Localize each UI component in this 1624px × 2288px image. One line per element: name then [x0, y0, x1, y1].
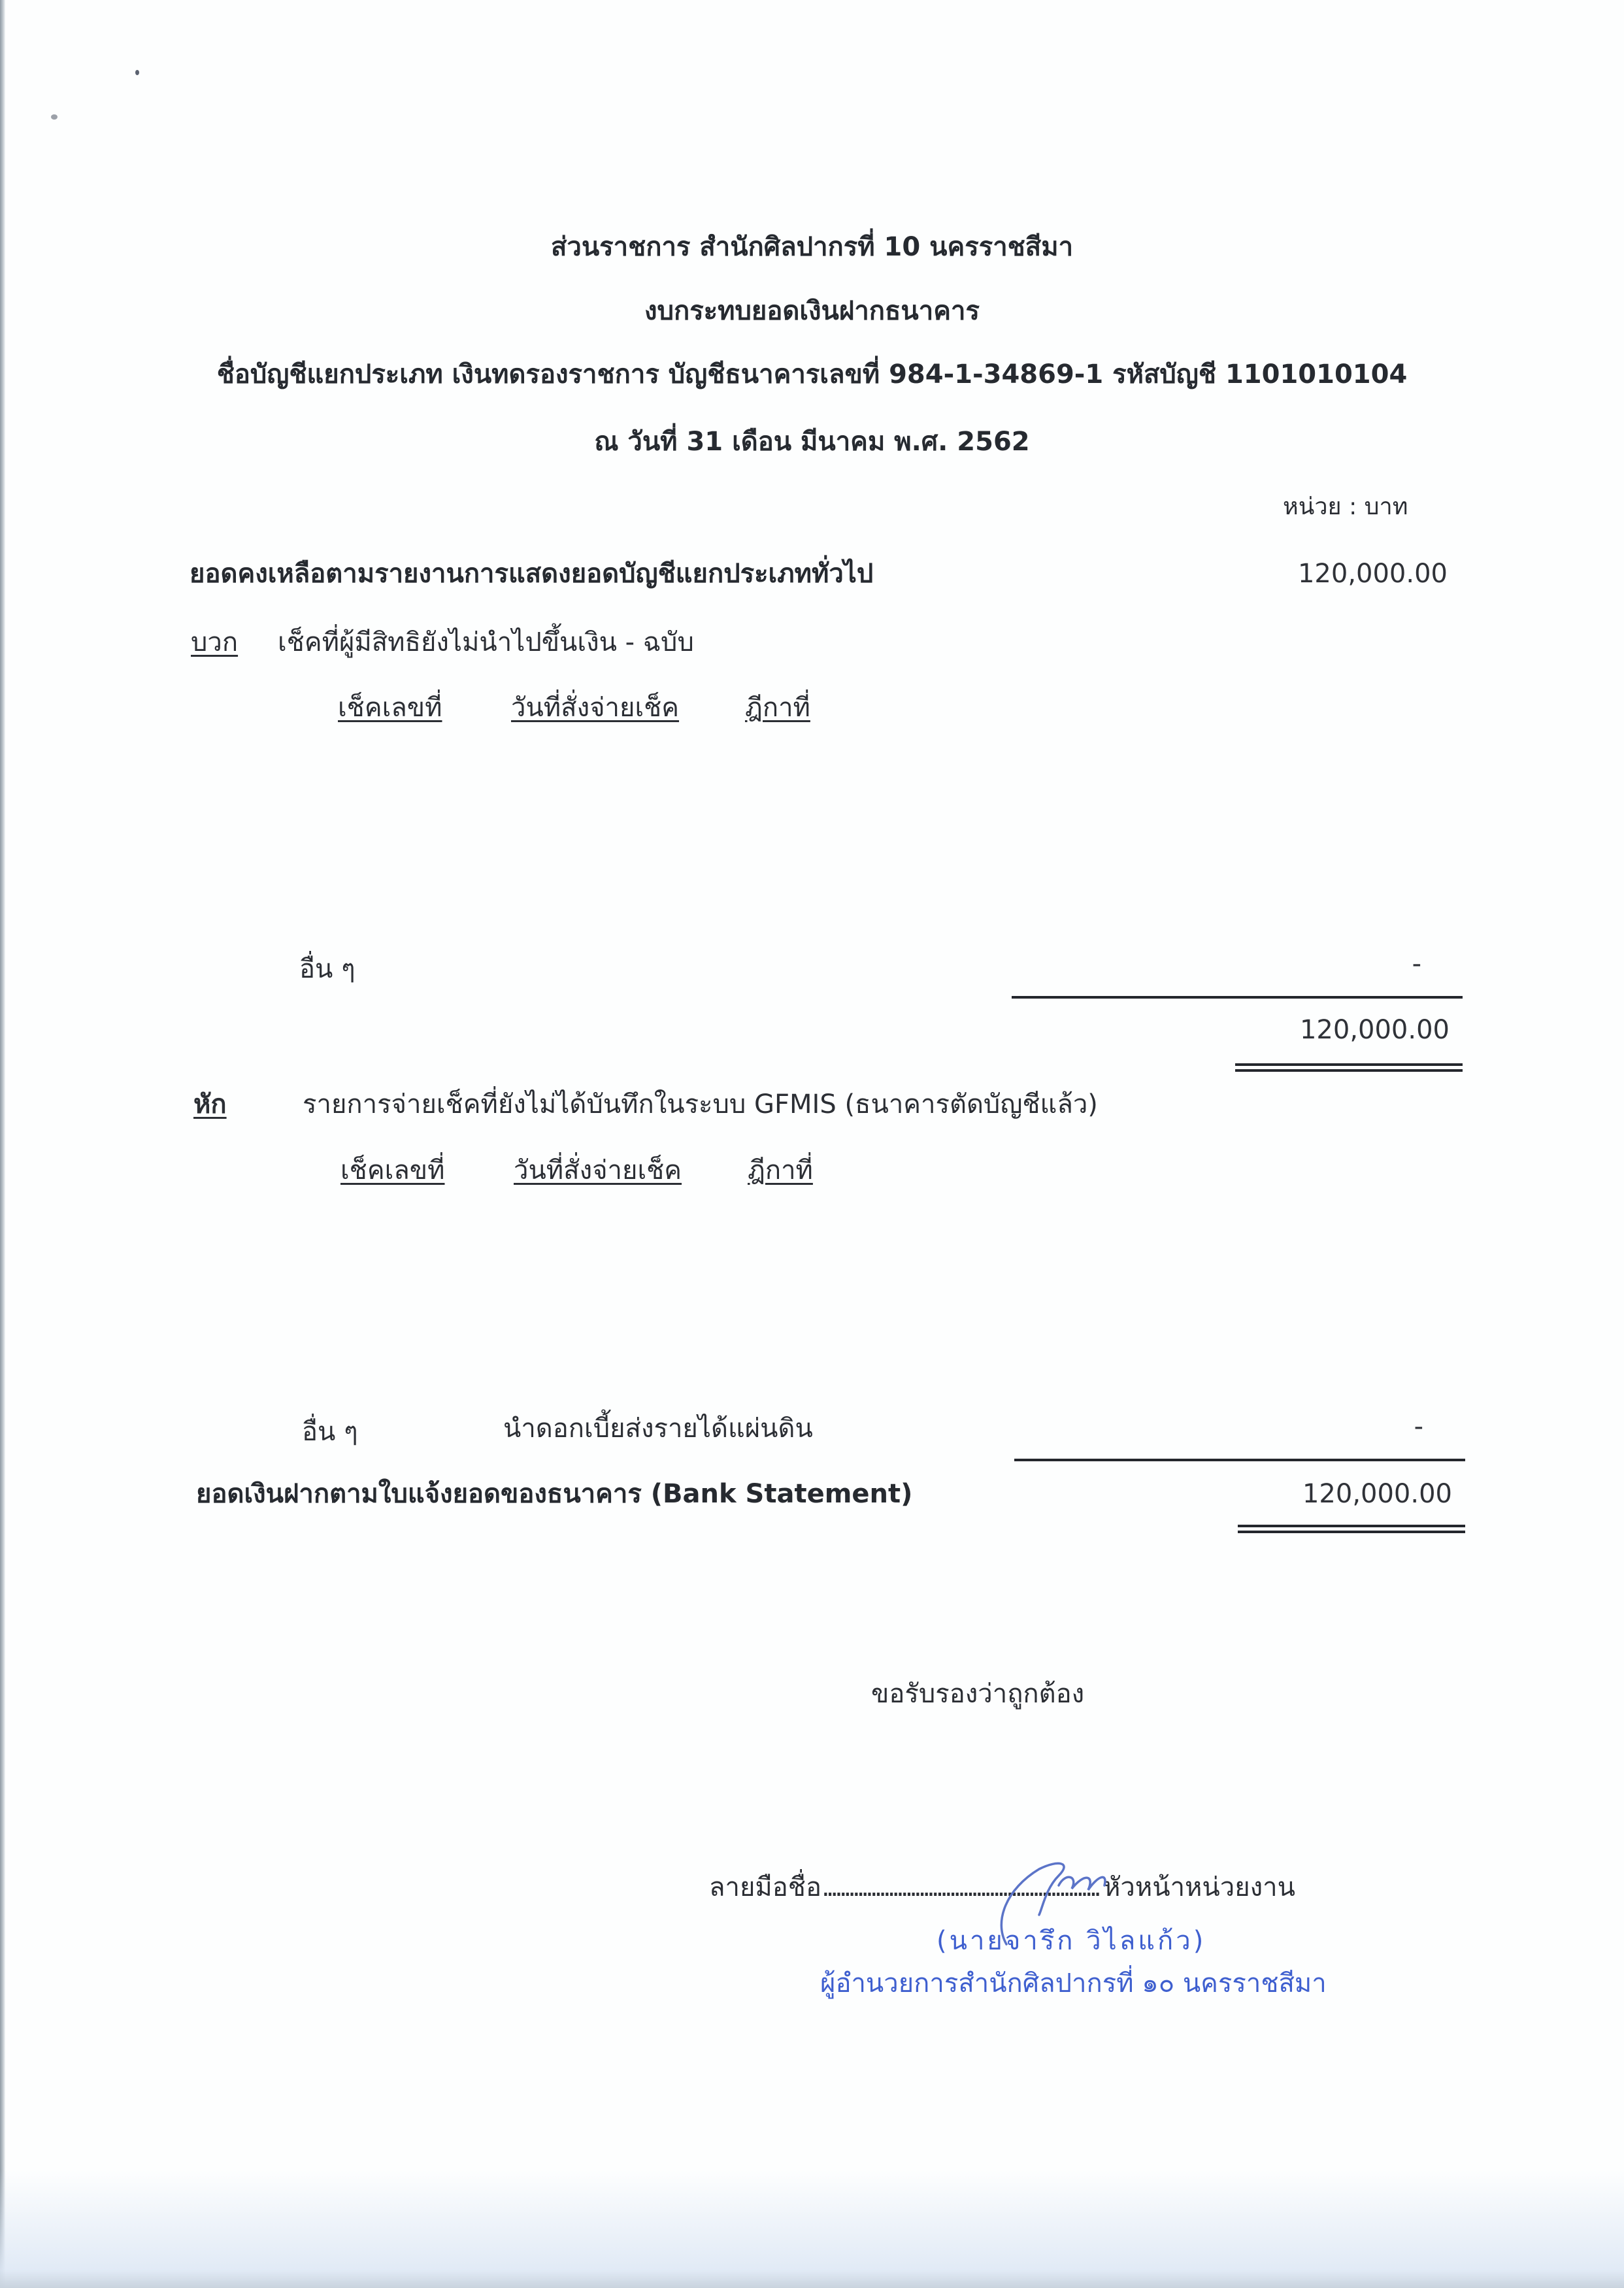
page-edge: [0, 0, 5, 2288]
date-line: ณ วันที่ 31 เดือน มีนาคม พ.ศ. 2562: [0, 429, 1624, 455]
add-col-cheque-no: เช็คเลขที่: [338, 695, 442, 721]
double-rule-bottom: [1238, 1531, 1465, 1533]
bank-statement-label: ยอดเงินฝากตามใบแจ้งยอดของธนาคาร (Bank St…: [196, 1481, 912, 1507]
signer-name-stamp: (นายจารึก วิไลแก้ว): [936, 1928, 1206, 1954]
double-rule-top: [1238, 1525, 1465, 1527]
signer-position-stamp: ผู้อำนวยการสำนักศิลปากรที่ ๑๐ นครราชสีมา: [820, 1970, 1327, 1997]
deduct-col-cheque-no: เช็คเลขที่: [340, 1157, 444, 1184]
add-other-amount: -: [1160, 951, 1421, 977]
deduct-description: รายการจ่ายเช็คที่ยังไม่ได้บันทึกในระบบ G…: [303, 1091, 1098, 1118]
add-col-cheque-date: วันที่สั่งจ่ายเช็ค: [511, 695, 679, 721]
deduct-other-note: นำดอกเบี้ยส่งรายได้แผ่นดิน: [503, 1416, 813, 1442]
deduct-other-label: อื่น ๆ: [302, 1419, 358, 1445]
deduct-col-voucher-no: ฎีกาที่: [748, 1157, 813, 1184]
scan-speck: [51, 114, 58, 120]
scan-speck: [135, 70, 139, 75]
statement-rule: [1014, 1459, 1465, 1461]
document-title: งบกระทบยอดเงินฝากธนาคาร: [0, 298, 1624, 324]
unit-label: หน่วย : บาท: [1283, 495, 1408, 519]
add-heading: บวก: [191, 629, 238, 655]
certification-statement: ขอรับรองว่าถูกต้อง: [871, 1681, 1084, 1707]
deduct-col-cheque-date: วันที่สั่งจ่ายเช็ค: [514, 1157, 682, 1184]
signature-prefix: ลายมือชื่อ: [709, 1872, 821, 1902]
account-line: ชื่อบัญชีแยกประเภท เงินทดรองราชการ บัญชี…: [0, 361, 1624, 388]
subtotal-rule: [1012, 996, 1463, 999]
scan-bottom-edge: [0, 2170, 1624, 2288]
bank-statement-amount: 120,000.00: [1191, 1481, 1452, 1507]
add-col-voucher-no: ฎีกาที่: [745, 695, 810, 721]
double-rule-bottom: [1235, 1069, 1463, 1072]
double-rule-top: [1235, 1063, 1463, 1066]
deduct-other-amount: -: [1162, 1414, 1423, 1440]
agency-title: ส่วนราชการ สำนักศิลปากรที่ 10 นครราชสีมา: [0, 234, 1624, 260]
opening-balance-amount: 120,000.00: [1186, 561, 1448, 587]
deduct-heading: หัก: [193, 1091, 227, 1118]
add-subtotal-amount: 120,000.00: [1188, 1017, 1450, 1043]
add-other-label: อื่น ๆ: [299, 956, 356, 982]
add-description: เช็คที่ผู้มีสิทธิยังไม่นำไปขึ้นเงิน - ฉบ…: [278, 629, 694, 655]
opening-balance-label: ยอดคงเหลือตามรายงานการแสดงยอดบัญชีแยกประ…: [190, 561, 873, 587]
